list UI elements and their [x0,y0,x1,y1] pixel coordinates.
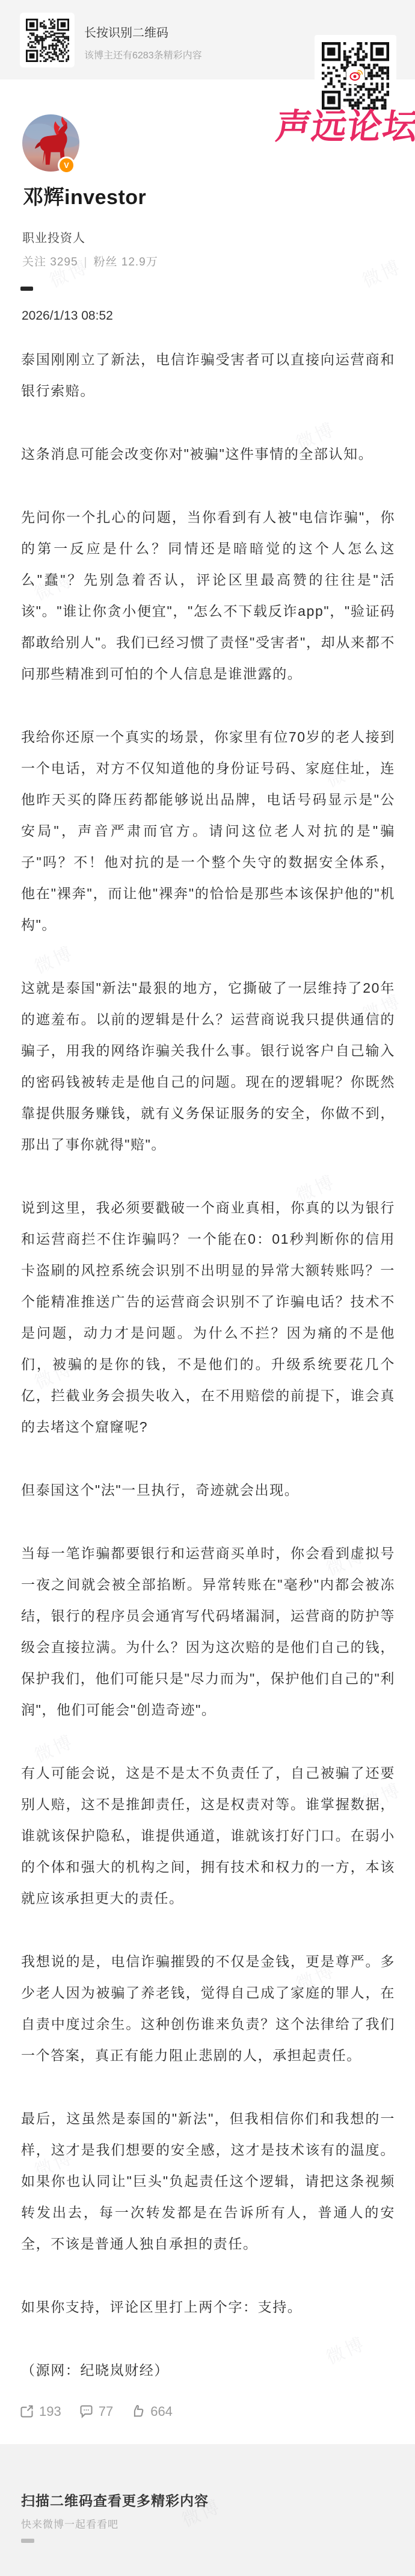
post-paragraph: 但泰国这个"法"一旦执行，奇迹就会出现。 [21,1474,395,1506]
post-paragraph: 说到这里，我必须要戳破一个商业真相，你真的以为银行和运营商拦不住诈骗吗？一个能在… [21,1192,395,1442]
weibo-eye-logo-icon [346,66,364,84]
verified-badge-icon: V [58,157,75,174]
post-paragraph: 当每一笔诈骗都要银行和运营商买单时，你会看到虚拟号一夜之间就会被全部掐断。异常转… [21,1538,395,1725]
like-button[interactable]: 664 [130,2403,173,2419]
like-count: 664 [150,2404,173,2419]
post-timestamp: 2026/1/13 08:52 [22,309,113,323]
post-paragraph: 我给你还原一个真实的场景，你家里有位70岁的老人接到一个电话，对方不仅知道他的身… [21,721,395,940]
profile-name[interactable]: 邓辉investor [23,181,146,210]
footer-headline: 扫描二维码查看更多精彩内容 [21,2490,209,2510]
comment-count: 77 [99,2404,113,2419]
thumbs-up-icon [130,2403,146,2419]
profile-title: 职业投资人 [22,228,85,246]
post-paragraph: 最后，这虽然是泰国的"新法"，但我相信你们和我想的一样，这才是我们想要的安全感，… [21,2103,395,2259]
repost-button[interactable]: 193 [19,2403,61,2419]
more-content-label: 该博主还有6283条精彩内容 [84,48,202,61]
post-paragraph: 有人可能会说，这是不是太不负责任了，自己被骗了还要别人赔，这不是推卸责任，这是权… [21,1757,395,1914]
scan-hint-label: 长按识别二维码 [84,23,168,40]
repost-icon [19,2403,35,2419]
top-qr-card [20,13,75,67]
follow-stats: 关注 3295|粉丝 12.9万 [22,253,158,269]
weibo-watermark: 微博 [357,252,405,293]
footer-subline: 快来微博一起看看吧 [21,2516,118,2531]
comment-button[interactable]: 77 [78,2403,113,2419]
post-paragraph: 先问你一个扎心的问题，当你看到有人被"电信诈骗"，你的第一反应是什么？同情还是暗… [21,501,395,689]
comment-icon [78,2403,94,2419]
engagement-row: 193 77 664 [19,2403,189,2419]
post-paragraph: 这条消息可能会改变你对"被骗"这件事情的全部认知。 [21,438,395,470]
post-paragraph: （源网：纪晓岚财经） [21,2354,395,2386]
weibo-share-screenshot: 长按识别二维码 该博主还有6283条精彩内容 V 邓辉investor 职业投资… [0,0,415,2576]
forum-watermark: 声远论坛 [273,98,415,149]
footer-dash [21,2539,34,2543]
post-body: 泰国刚刚立了新法，电信诈骗受害者可以直接向运营商和银行索赔。这条消息可能会改变你… [21,344,395,2418]
post-paragraph: 我想说的是，电信诈骗摧毁的不仅是金钱，更是尊严。多少老人因为被骗了养老钱，觉得自… [21,1946,395,2071]
fans-count: 粉丝 12.9万 [93,256,158,268]
footer-banner: 扫描二维码查看更多精彩内容 快来微博一起看看吧 [0,2444,415,2576]
post-paragraph: 这就是泰国"新法"最狠的地方，它撕破了一层维持了20年的遮羞布。以前的逻辑是什么… [21,972,395,1160]
repost-count: 193 [39,2404,61,2419]
post-paragraph: 如果你支持，评论区里打上两个字：支持。 [21,2291,395,2323]
stats-divider: | [84,256,88,268]
post-paragraph: 泰国刚刚立了新法，电信诈骗受害者可以直接向运营商和银行索赔。 [21,344,395,406]
following-count: 关注 3295 [22,256,78,268]
top-qr-code [26,19,69,62]
divider-dash [20,287,33,291]
